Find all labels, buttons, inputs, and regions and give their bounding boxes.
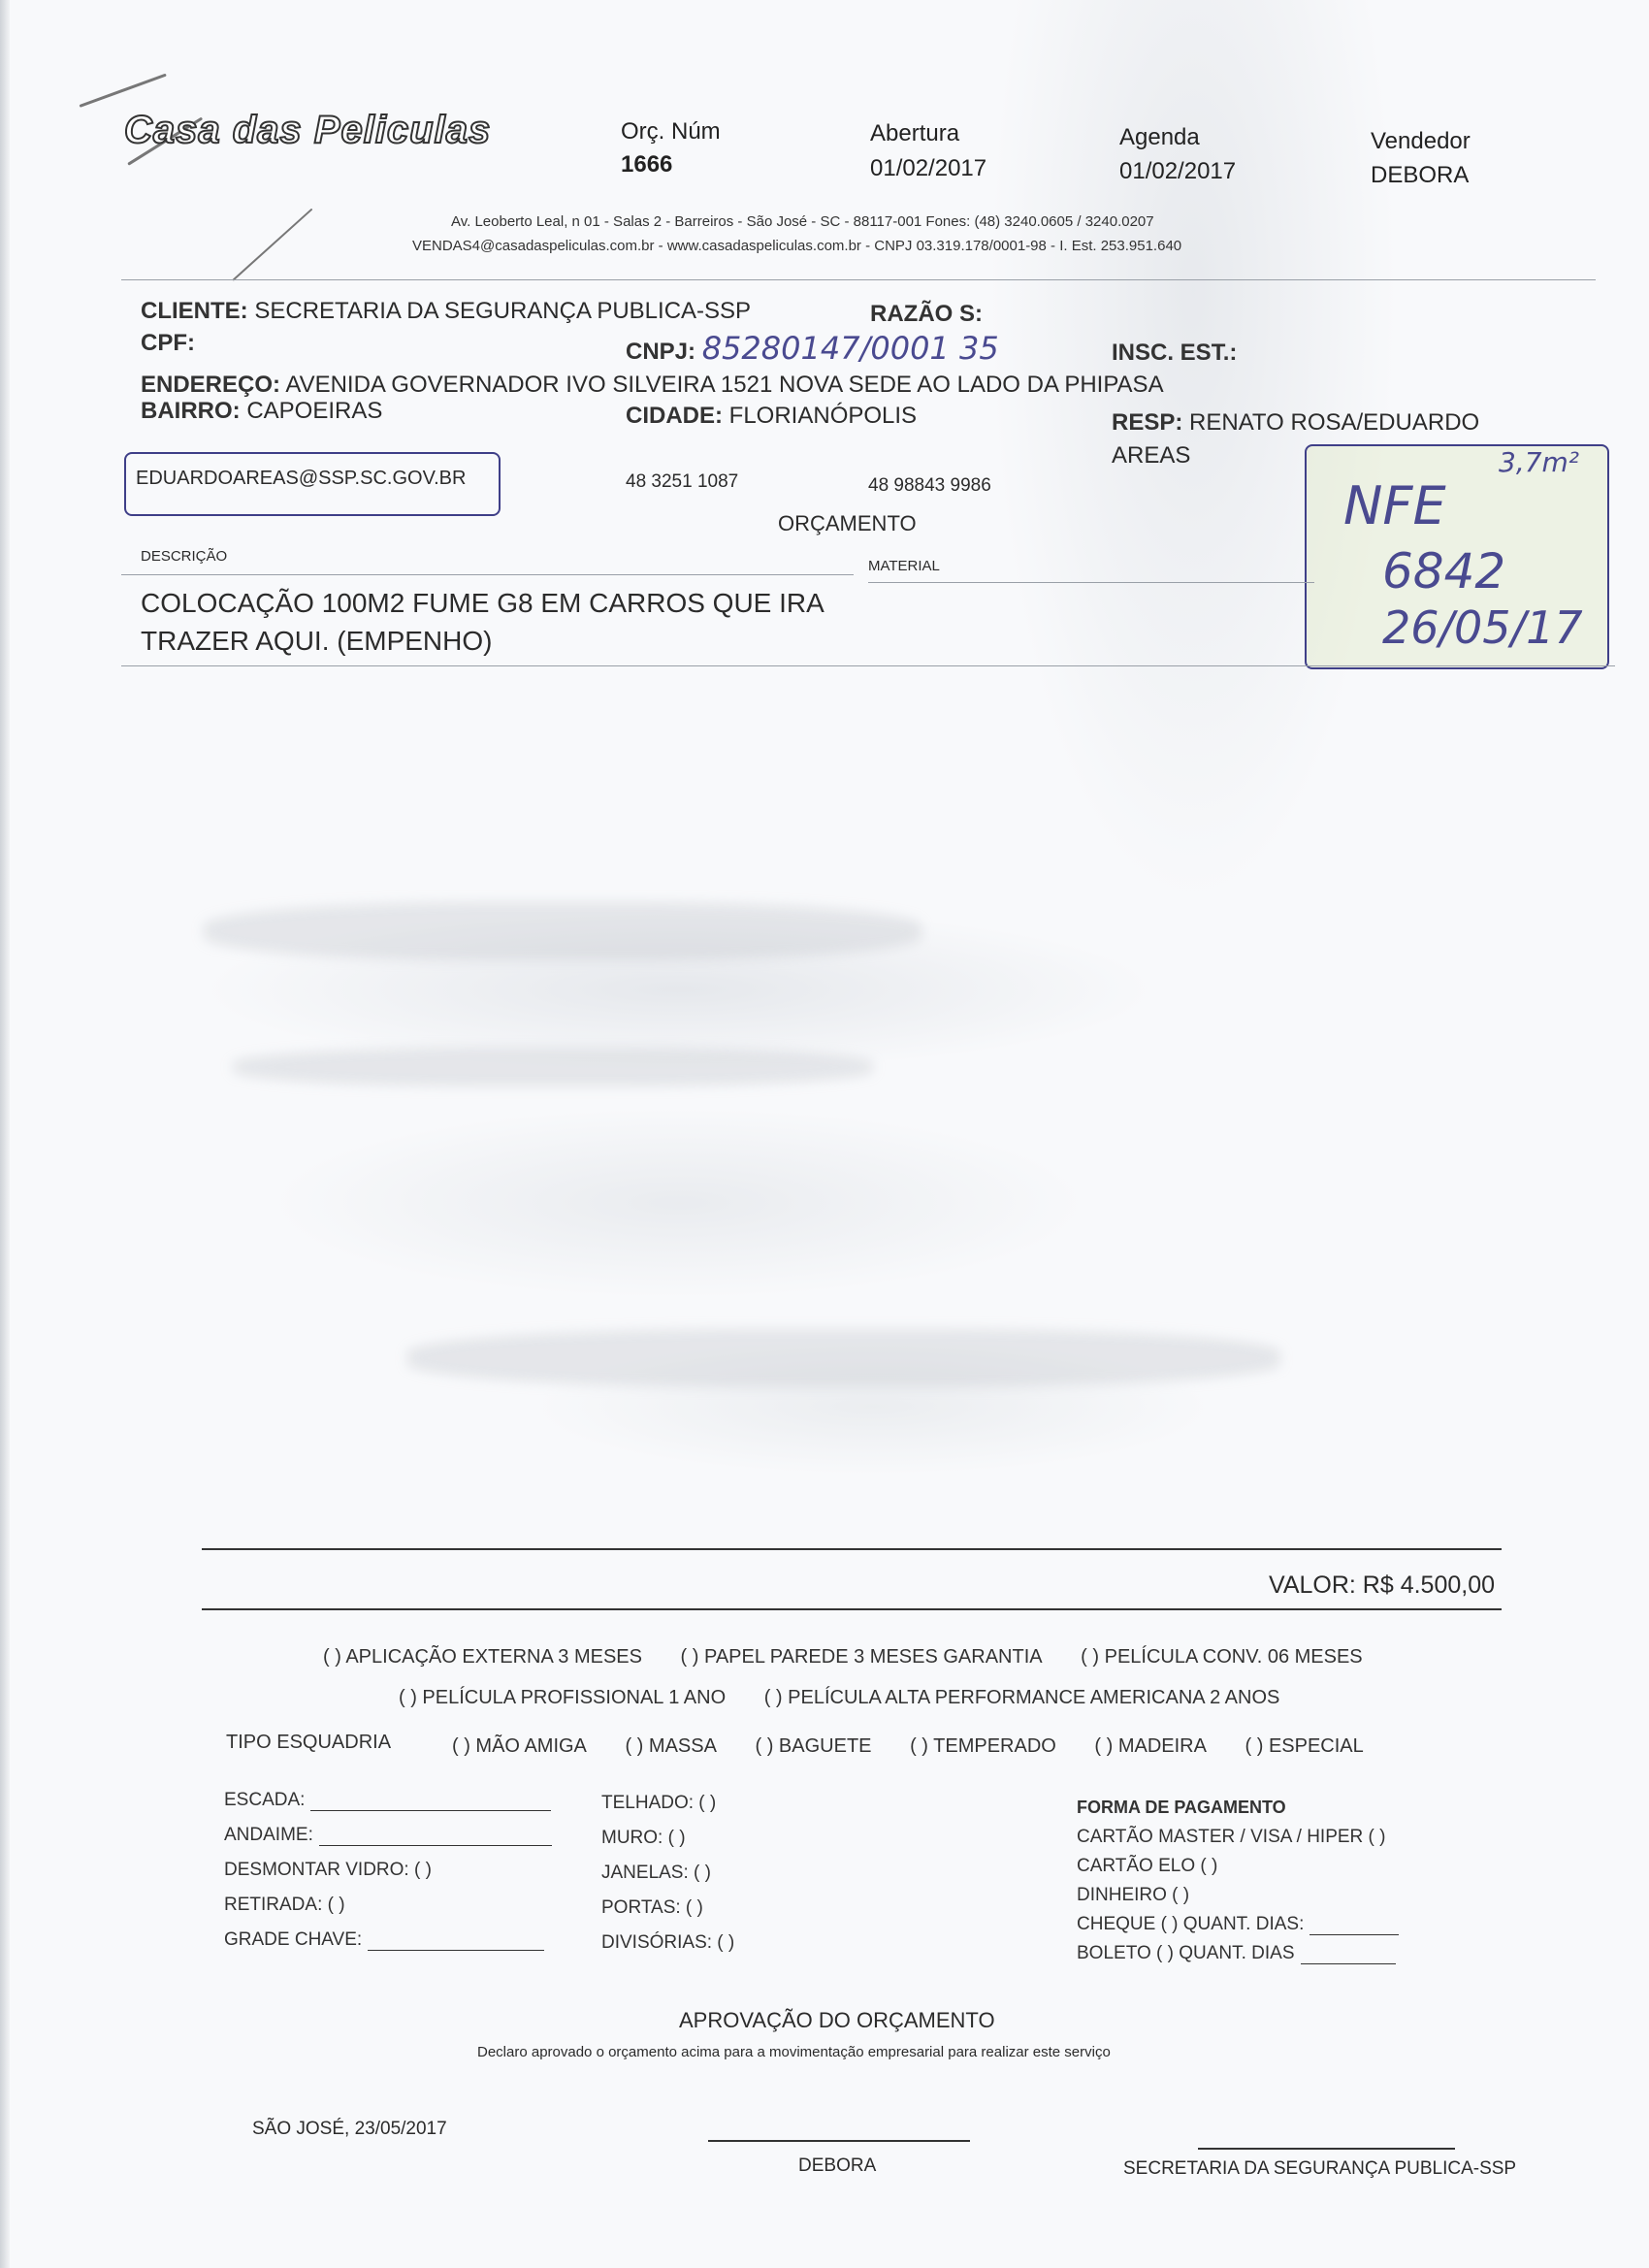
option-pelicula-profissional[interactable]: ( ) PELÍCULA PROFISSIONAL 1 ANO	[399, 1687, 726, 1708]
cliente-field: CLIENTE: SECRETARIA DA SEGURANÇA PUBLICA…	[141, 298, 751, 325]
endereco-field: ENDEREÇO: AVENIDA GOVERNADOR IVO SILVEIR…	[141, 372, 1164, 399]
descricao-label: DESCRIÇÃO	[141, 548, 227, 565]
vendedor-value: DEBORA	[1371, 162, 1469, 189]
signer-left: DEBORA	[798, 2155, 876, 2177]
payment-dinheiro[interactable]: DINHEIRO ( )	[1077, 1885, 1399, 1914]
client-email: EDUARDOAREAS@SSP.SC.GOV.BR	[136, 468, 466, 490]
escada-blank[interactable]	[310, 1810, 551, 1811]
service-divisorias[interactable]: DIVISÓRIAS: ( )	[601, 1932, 734, 1967]
abertura-label: Abertura	[870, 120, 959, 147]
esquadria-options: ( ) MÃO AMIGA ( ) MASSA ( ) BAGUETE ( ) …	[452, 1735, 1397, 1758]
client-phone-2: 48 98843 9986	[868, 475, 991, 497]
payment-cartao-master[interactable]: CARTÃO MASTER / VISA / HIPER ( )	[1077, 1827, 1399, 1856]
esquadria-especial[interactable]: ( ) ESPECIAL	[1245, 1735, 1364, 1757]
approval-title: APROVAÇÃO DO ORÇAMENTO	[679, 2008, 995, 2033]
material-label: MATERIAL	[868, 558, 940, 574]
service-desmontar-vidro[interactable]: DESMONTAR VIDRO: ( )	[224, 1860, 552, 1895]
approval-declaration: Declaro aprovado o orçamento acima para …	[477, 2044, 1111, 2060]
cnpj-handwritten-value: 85280147/0001 35	[702, 330, 999, 367]
agenda-label: Agenda	[1119, 124, 1200, 151]
endereco-value: AVENIDA GOVERNADOR IVO SILVEIRA 1521 NOV…	[285, 372, 1163, 398]
orc-num-label: Orç. Núm	[621, 118, 721, 146]
esquadria-massa[interactable]: ( ) MASSA	[625, 1735, 716, 1757]
payment-boleto[interactable]: BOLETO ( ) QUANT. DIAS	[1077, 1943, 1399, 1972]
resp-field: RESP: RENATO ROSA/EDUARDO	[1112, 409, 1479, 437]
esquadria-temperado[interactable]: ( ) TEMPERADO	[910, 1735, 1056, 1757]
page-edge-shadow	[0, 0, 10, 2268]
esquadria-label: TIPO ESQUADRIA	[226, 1732, 391, 1754]
andaime-blank[interactable]	[319, 1845, 552, 1846]
company-address: Av. Leoberto Leal, n 01 - Salas 2 - Barr…	[451, 213, 1154, 230]
orc-num-value: 1666	[621, 151, 672, 178]
cliente-value: SECRETARIA DA SEGURANÇA PUBLICA-SSP	[254, 298, 751, 324]
service-retirada[interactable]: RETIRADA: ( )	[224, 1895, 552, 1929]
services-left-list: ESCADA: ANDAIME: DESMONTAR VIDRO: ( ) RE…	[224, 1790, 552, 1964]
signature-line-left[interactable]	[708, 2140, 970, 2142]
cheque-dias-blank[interactable]	[1309, 1934, 1399, 1935]
company-logo: Casa das Peliculas	[124, 109, 491, 152]
handwritten-nfe-label: NFE	[1343, 475, 1446, 536]
payment-cartao-elo[interactable]: CARTÃO ELO ( )	[1077, 1856, 1399, 1885]
service-muro[interactable]: MURO: ( )	[601, 1828, 734, 1863]
bairro-value: CAPOEIRAS	[246, 398, 382, 424]
budget-title: ORÇAMENTO	[778, 511, 917, 536]
payment-title: FORMA DE PAGAMENTO	[1077, 1798, 1399, 1827]
agenda-value: 01/02/2017	[1119, 158, 1236, 185]
option-aplicacao-externa[interactable]: ( ) APLICAÇÃO EXTERNA 3 MESES	[323, 1646, 642, 1668]
client-phone-1: 48 3251 1087	[626, 471, 738, 493]
valor-total: VALOR: R$ 4.500,00	[1269, 1571, 1495, 1600]
razao-field: RAZÃO S:	[870, 301, 983, 328]
resp-label: RESP:	[1112, 409, 1182, 436]
service-janelas[interactable]: JANELAS: ( )	[601, 1863, 734, 1897]
insc-est-field: INSC. EST.:	[1112, 340, 1237, 367]
cidade-label: CIDADE:	[626, 403, 723, 429]
cidade-field: CIDADE: FLORIANÓPOLIS	[626, 403, 917, 430]
esquadria-madeira[interactable]: ( ) MADEIRA	[1094, 1735, 1207, 1757]
grade-chave-blank[interactable]	[368, 1950, 544, 1951]
esquadria-baguete[interactable]: ( ) BAGUETE	[755, 1735, 871, 1757]
warranty-options-row-2: ( ) PELÍCULA PROFISSIONAL 1 ANO ( ) PELÍ…	[399, 1687, 1312, 1709]
bairro-field: BAIRRO: CAPOEIRAS	[141, 398, 382, 425]
descricao-divider	[121, 574, 854, 575]
service-grade-chave[interactable]: GRADE CHAVE:	[224, 1929, 552, 1964]
bleed-through-smudge	[233, 1048, 873, 1086]
vendedor-label: Vendedor	[1371, 128, 1471, 155]
cnpj-label: CNPJ:	[626, 339, 695, 365]
valor-bottom-rule	[202, 1608, 1502, 1610]
description-line-2: TRAZER AQUI. (EMPENHO)	[141, 626, 492, 657]
description-bottom-divider	[121, 665, 1615, 666]
resp-value-line2: AREAS	[1112, 442, 1190, 470]
service-telhado[interactable]: TELHADO: ( )	[601, 1793, 734, 1828]
payment-cheque[interactable]: CHEQUE ( ) QUANT. DIAS:	[1077, 1914, 1399, 1943]
endereco-label: ENDEREÇO:	[141, 372, 280, 398]
option-pelicula-alta-performance[interactable]: ( ) PELÍCULA ALTA PERFORMANCE AMERICANA …	[764, 1687, 1280, 1708]
cpf-label: CPF:	[141, 330, 195, 356]
company-contact: VENDAS4@casadaspeliculas.com.br - www.ca…	[412, 238, 1181, 254]
boleto-dias-blank[interactable]	[1301, 1963, 1396, 1964]
service-escada[interactable]: ESCADA:	[224, 1790, 552, 1825]
place-date: SÃO JOSÉ, 23/05/2017	[252, 2119, 447, 2140]
insc-est-label: INSC. EST.:	[1112, 340, 1237, 366]
warranty-options-row-1: ( ) APLICAÇÃO EXTERNA 3 MESES ( ) PAPEL …	[323, 1646, 1396, 1669]
payment-section: FORMA DE PAGAMENTO CARTÃO MASTER / VISA …	[1077, 1798, 1399, 1972]
handwritten-area: 3,7m²	[1499, 446, 1579, 478]
handwritten-nfe-number: 6842	[1382, 543, 1505, 599]
option-pelicula-conv[interactable]: ( ) PELÍCULA CONV. 06 MESES	[1081, 1646, 1362, 1668]
abertura-value: 01/02/2017	[870, 155, 986, 182]
header-divider	[121, 279, 1596, 280]
esquadria-mao-amiga[interactable]: ( ) MÃO AMIGA	[452, 1735, 587, 1757]
description-line-1: COLOCAÇÃO 100M2 FUME G8 EM CARROS QUE IR…	[141, 588, 824, 619]
bleed-through-smudge	[407, 1329, 1280, 1387]
cnpj-field: CNPJ: 85280147/0001 35	[626, 330, 999, 367]
razao-label: RAZÃO S:	[870, 301, 983, 327]
cpf-field: CPF:	[141, 330, 195, 357]
bleed-through-smudge	[204, 902, 921, 960]
service-portas[interactable]: PORTAS: ( )	[601, 1897, 734, 1932]
signature-line-right[interactable]	[1198, 2148, 1455, 2150]
signer-right: SECRETARIA DA SEGURANÇA PUBLICA-SSP	[1123, 2158, 1516, 2180]
services-mid-list: TELHADO: ( ) MURO: ( ) JANELAS: ( ) PORT…	[601, 1793, 734, 1967]
bairro-label: BAIRRO:	[141, 398, 241, 424]
cliente-label: CLIENTE:	[141, 298, 248, 324]
valor-top-rule	[202, 1548, 1502, 1550]
material-divider	[868, 582, 1314, 583]
resp-value-line1: RENATO ROSA/EDUARDO	[1189, 409, 1479, 436]
option-papel-parede[interactable]: ( ) PAPEL PAREDE 3 MESES GARANTIA	[681, 1646, 1043, 1668]
handwritten-nfe-date: 26/05/17	[1382, 601, 1583, 654]
cidade-value: FLORIANÓPOLIS	[729, 403, 917, 429]
service-andaime[interactable]: ANDAIME:	[224, 1825, 552, 1860]
